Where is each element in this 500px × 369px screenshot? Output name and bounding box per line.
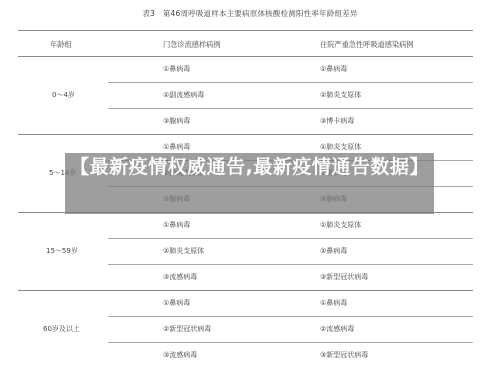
age-group-cell: 0～4岁 [52, 90, 75, 100]
sub-row-rule [108, 342, 473, 343]
outpatient-pathogen-cell: ①鼻病毒 [163, 298, 190, 308]
outpatient-pathogen-cell: ①鼻病毒 [163, 220, 190, 230]
inpatient-pathogen-cell: ①鼻病毒 [320, 298, 347, 308]
inpatient-pathogen-cell: ①肺炎支原体 [320, 220, 361, 230]
overlay-title: 【最新疫情权威通告,最新疫情通告数据】 [65, 155, 434, 179]
inpatient-pathogen-cell: ②肺炎支原体 [320, 90, 361, 100]
table-caption: 表3 第46周呼吸道样本主要病原体核酸检测阳性率年龄组差异 [0, 8, 500, 19]
outpatient-pathogen-cell: ②肺炎支原体 [163, 246, 204, 256]
outpatient-pathogen-cell: ③流感病毒 [163, 350, 197, 360]
inpatient-pathogen-cell: ③新型冠状病毒 [320, 272, 368, 282]
inpatient-pathogen-cell: ②鼻病毒 [320, 246, 347, 256]
inpatient-pathogen-cell: ③博卡病毒 [320, 116, 354, 126]
sub-row-rule [108, 264, 473, 265]
sub-row-rule [108, 316, 473, 317]
header-inpatient: 住院严重急性呼吸道感染病例 [320, 40, 413, 50]
outpatient-pathogen-cell: ①鼻病毒 [163, 142, 190, 152]
sub-row-rule [108, 108, 473, 109]
outpatient-pathogen-cell: ③流感病毒 [163, 272, 197, 282]
outpatient-pathogen-cell: ②新型冠状病毒 [163, 324, 211, 334]
outpatient-pathogen-cell: ③腺病毒 [163, 116, 190, 126]
inpatient-pathogen-cell: ①肺炎支原体 [320, 142, 361, 152]
age-group-cell: 15～59岁 [46, 246, 78, 256]
header-outpatient: 门急诊流感样病例 [163, 40, 221, 50]
inpatient-pathogen-cell: ①鼻病毒 [320, 64, 347, 74]
age-group-cell: 60岁及以上 [43, 324, 80, 334]
inpatient-pathogen-cell: ③新型冠状病毒 [320, 350, 368, 360]
header-bottom-rule [18, 56, 473, 57]
sub-row-rule [108, 82, 473, 83]
outpatient-pathogen-cell: ②副流感病毒 [163, 90, 204, 100]
group-rule [18, 134, 473, 135]
outpatient-pathogen-cell: ①鼻病毒 [163, 64, 190, 74]
header-age-group: 年龄组 [50, 40, 72, 50]
table-top-rule [18, 30, 473, 31]
group-rule [18, 290, 473, 291]
sub-row-rule [108, 238, 473, 239]
inpatient-pathogen-cell: ②流感病毒 [320, 324, 354, 334]
